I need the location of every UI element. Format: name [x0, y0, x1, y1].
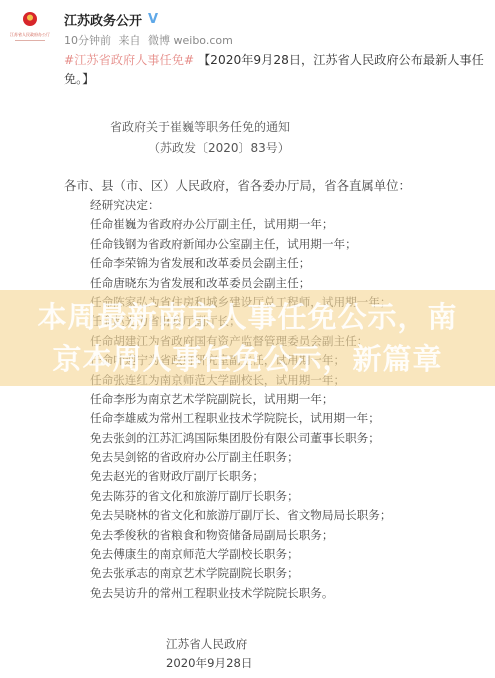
avatar-divider	[15, 40, 45, 41]
list-item: 免去张承志的南京艺术学院副院长职务；	[90, 564, 391, 583]
list-item: 免去吴剑铭的省政府办公厅副主任职务；	[90, 448, 391, 467]
headline-overlay-title: 本周最新南京人事任免公示，南 京本周人事任免公示，新篇章	[0, 296, 495, 380]
list-item: 任命李雄威为常州工程职业技术学院院长，试用期一年；	[90, 409, 391, 428]
post-time[interactable]: 10分钟前	[64, 34, 111, 47]
appointment-list: 经研究决定： 任命崔巍为省政府办公厅副主任，试用期一年； 任命钱钢为省政府新闻办…	[90, 196, 391, 603]
account-name[interactable]: 江苏政务公开	[64, 10, 142, 29]
post-meta: 10分钟前 来自 微博 weibo.com	[64, 32, 485, 48]
list-item: 免去吴访升的常州工程职业技术学院院长职务。	[90, 584, 391, 603]
signing-organization: 江苏省人民政府	[166, 636, 247, 652]
national-emblem-icon	[23, 12, 37, 26]
list-item: 任命李荣锦为省发展和改革委员会副主任；	[90, 254, 391, 273]
post-header: 江苏政务公开 V 10分钟前 来自 微博 weibo.com #江苏省政府人事任…	[64, 10, 485, 89]
list-item: 免去吴晓林的省文化和旅游厅副厅长、省文物局局长职务；	[90, 506, 391, 525]
list-item: 任命崔巍为省政府办公厅副主任，试用期一年；	[90, 215, 391, 234]
list-item: 任命李彤为南京艺术学院副院长，试用期一年；	[90, 390, 391, 409]
headline-line-2: 京本周人事任免公示，新篇章	[0, 338, 495, 380]
document-title: 省政府关于崔巍等职务任免的通知	[110, 118, 290, 135]
signing-date: 2020年9月28日	[166, 655, 252, 671]
list-item: 免去季俊秋的省粮食和物资储备局副局长职务；	[90, 526, 391, 545]
list-item: 任命钱钢为省政府新闻办公室副主任，试用期一年；	[90, 235, 391, 254]
list-item: 经研究决定：	[90, 196, 391, 215]
avatar-caption: 江苏省人民政府办公厅	[10, 32, 50, 38]
post-source[interactable]: 微博 weibo.com	[148, 34, 233, 47]
list-item: 免去傅康生的南京师范大学副校长职务；	[90, 545, 391, 564]
post-text: #江苏省政府人事任免# 【2020年9月28日，江苏省人民政府公布最新人事任免。…	[64, 51, 485, 89]
list-item: 免去赵光的省财政厅副厅长职务；	[90, 467, 391, 486]
headline-line-1: 本周最新南京人事任免公示，南	[0, 296, 495, 338]
hashtag-link[interactable]: #江苏省政府人事任免#	[64, 53, 194, 67]
source-prefix: 来自	[119, 34, 141, 47]
document-number: （苏政发〔2020〕83号）	[148, 139, 290, 156]
verified-v-icon: V	[148, 13, 158, 26]
list-item: 免去陈芬的省文化和旅游厅副厅长职务；	[90, 487, 391, 506]
list-item: 免去张剑的江苏汇鸿国际集团股份有限公司董事长职务；	[90, 429, 391, 448]
document-salutation: 各市、县（市、区）人民政府，省各委办厅局，省各直属单位：	[64, 176, 411, 194]
avatar[interactable]: 江苏省人民政府办公厅	[8, 10, 52, 50]
